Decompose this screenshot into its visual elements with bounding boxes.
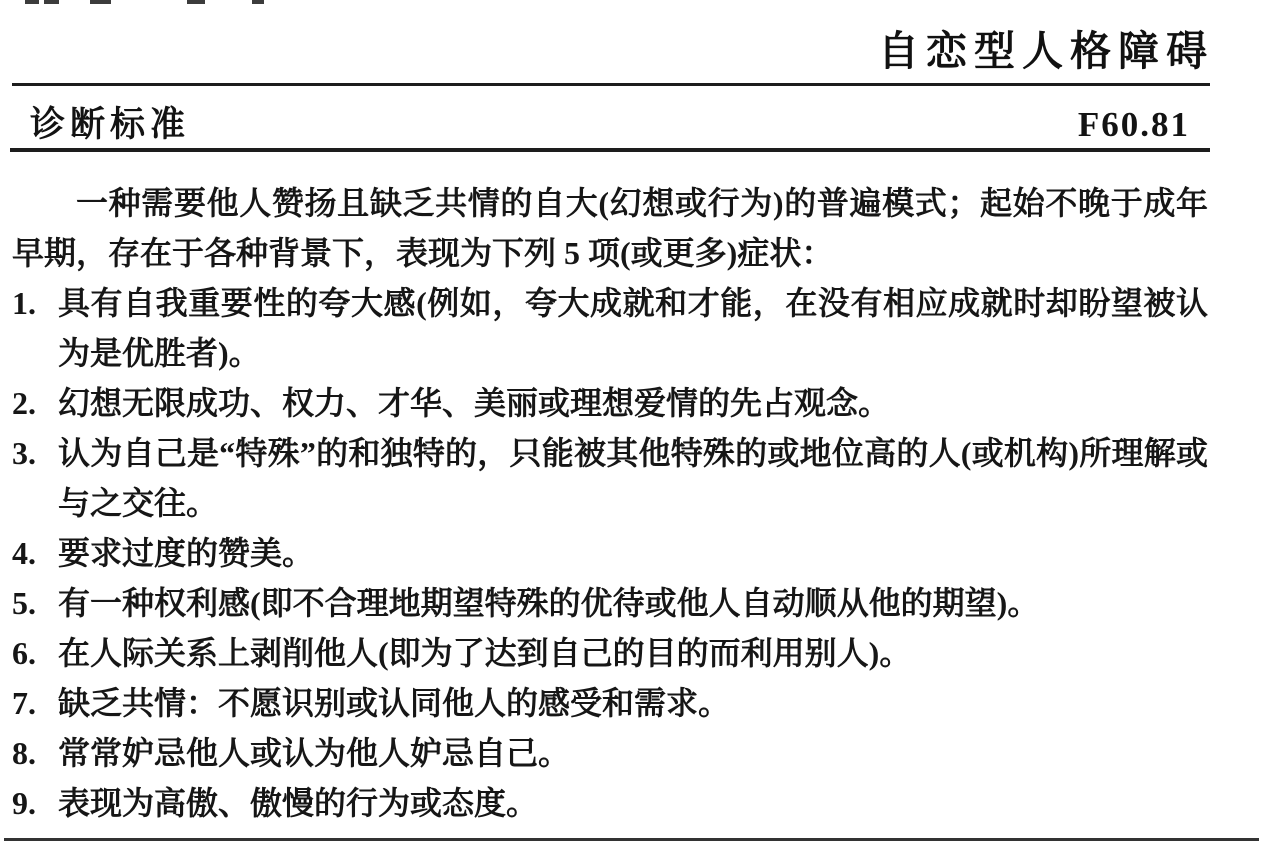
criteria-body: 一种需要他人赞扬且缺乏共情的自大(幻想或行为)的普遍模式；起始不晚于成年早期，存… <box>12 178 1208 828</box>
criterion-number: 5. <box>12 578 56 628</box>
criterion-text: 在人际关系上剥削他人(即为了达到自己的目的而利用别人)。 <box>58 635 911 671</box>
criterion-item: 4. 要求过度的赞美。 <box>12 528 1208 578</box>
criterion-text: 表现为高傲、傲慢的行为或态度。 <box>58 785 538 821</box>
criterion-number: 1. <box>12 278 56 328</box>
section-header: 诊断标准 F60.81 <box>30 97 1190 147</box>
criterion-text: 具有自我重要性的夸大感(例如，夸大成就和才能，在没有相应成就时却盼望被认为是优胜… <box>58 285 1208 371</box>
criterion-number: 6. <box>12 628 56 678</box>
criterion-item: 9. 表现为高傲、傲慢的行为或态度。 <box>12 778 1208 828</box>
criterion-item: 8. 常常妒忌他人或认为他人妒忌自己。 <box>12 728 1208 778</box>
diagnostic-code: F60.81 <box>1078 105 1190 145</box>
section-label: 诊断标准 <box>30 97 190 147</box>
clipped-text-mark <box>187 0 205 4</box>
clipped-text-mark <box>44 0 59 4</box>
criterion-item: 2. 幻想无限成功、权力、才华、美丽或理想爱情的先占观念。 <box>12 378 1208 428</box>
criterion-text: 幻想无限成功、权力、才华、美丽或理想爱情的先占观念。 <box>58 385 890 421</box>
clipped-text-mark <box>90 0 111 4</box>
criterion-number: 2. <box>12 378 56 428</box>
clipped-text-mark <box>252 0 264 4</box>
criterion-item: 5. 有一种权利感(即不合理地期望特殊的优待或他人自动顺从他的期望)。 <box>12 578 1208 628</box>
criterion-text: 认为自己是“特殊”的和独特的，只能被其他特殊的或地位高的人(或机构)所理解或与之… <box>58 435 1208 521</box>
page-title: 自恋型人格障碍 <box>878 18 1214 77</box>
clipped-text-mark <box>25 0 39 4</box>
criterion-number: 3. <box>12 428 56 478</box>
intro-paragraph: 一种需要他人赞扬且缺乏共情的自大(幻想或行为)的普遍模式；起始不晚于成年早期，存… <box>12 178 1208 278</box>
criterion-item: 7. 缺乏共情：不愿识别或认同他人的感受和需求。 <box>12 678 1208 728</box>
footer-rule <box>4 838 1259 841</box>
criteria-list: 1. 具有自我重要性的夸大感(例如，夸大成就和才能，在没有相应成就时却盼望被认为… <box>12 278 1208 828</box>
header-rule-top <box>12 83 1210 86</box>
criterion-item: 6. 在人际关系上剥削他人(即为了达到自己的目的而利用别人)。 <box>12 628 1208 678</box>
criterion-text: 缺乏共情：不愿识别或认同他人的感受和需求。 <box>58 685 730 721</box>
criterion-number: 4. <box>12 528 56 578</box>
criterion-number: 7. <box>12 678 56 728</box>
criterion-text: 常常妒忌他人或认为他人妒忌自己。 <box>58 735 570 771</box>
criterion-text: 要求过度的赞美。 <box>58 535 314 571</box>
criterion-number: 8. <box>12 728 56 778</box>
header-rule-bottom <box>10 148 1210 152</box>
criterion-item: 3. 认为自己是“特殊”的和独特的，只能被其他特殊的或地位高的人(或机构)所理解… <box>12 428 1208 528</box>
criterion-number: 9. <box>12 778 56 828</box>
criterion-item: 1. 具有自我重要性的夸大感(例如，夸大成就和才能，在没有相应成就时却盼望被认为… <box>12 278 1208 378</box>
document-page: 自恋型人格障碍 诊断标准 F60.81 一种需要他人赞扬且缺乏共情的自大(幻想或… <box>0 0 1262 848</box>
criterion-text: 有一种权利感(即不合理地期望特殊的优待或他人自动顺从他的期望)。 <box>58 585 1039 621</box>
